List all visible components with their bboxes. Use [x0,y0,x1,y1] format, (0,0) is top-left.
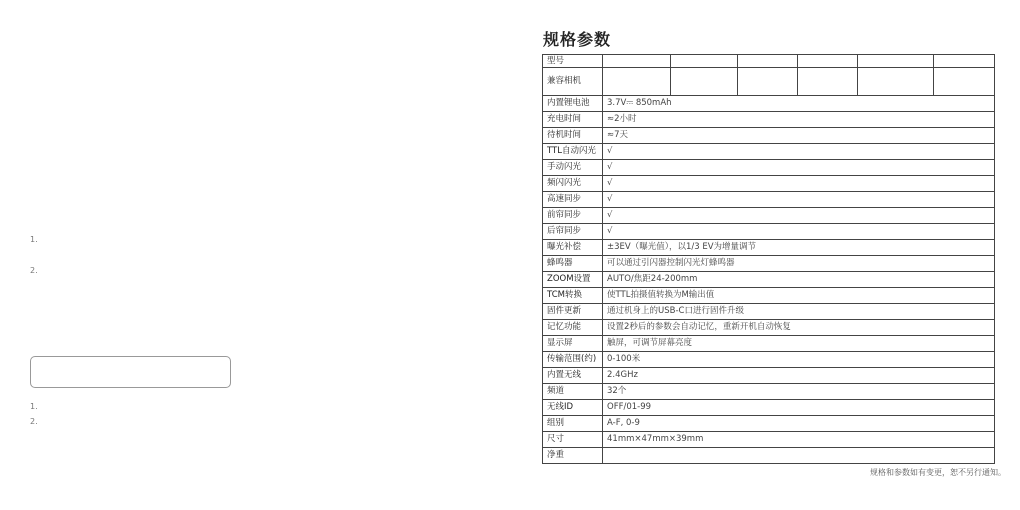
table-row: 组别A-F, 0-9 [543,416,995,432]
model-cell [934,55,995,68]
spec-label: 传输范围(约) [543,352,603,368]
list-number: 2. [30,417,38,426]
row-label: 兼容相机 [543,68,603,96]
table-row: 频闪闪光√ [543,176,995,192]
spec-table: 型号 兼容相机 内置锂电池3.7V⎓ 850mAh充电时间≈2小时待机时间≈7天… [542,54,995,464]
spec-label: 高速同步 [543,192,603,208]
spec-value: √ [603,192,995,208]
compat-cell [671,68,738,96]
spec-value: √ [603,208,995,224]
spec-value: 可以通过引闪器控制闪光灯蜂鸣器 [603,256,995,272]
spec-value: √ [603,160,995,176]
spec-value: ±3EV（曝光值），以1/3 EV为增量调节 [603,240,995,256]
table-row: 待机时间≈7天 [543,128,995,144]
model-cell [738,55,798,68]
spec-value: 通过机身上的USB-C口进行固件升级 [603,304,995,320]
spec-label: TTL自动闪光 [543,144,603,160]
table-row: 后帘同步√ [543,224,995,240]
table-row: 显示屏触屏，可调节屏幕亮度 [543,336,995,352]
table-row: 蜂鸣器可以通过引闪器控制闪光灯蜂鸣器 [543,256,995,272]
table-row: 前帘同步√ [543,208,995,224]
spec-value: 41mm×47mm×39mm [603,432,995,448]
spec-value: 0-100米 [603,352,995,368]
spec-value: 32个 [603,384,995,400]
spec-value: 使TTL拍摄值转换为M输出值 [603,288,995,304]
list-number: 1. [30,402,38,411]
model-cell [858,55,934,68]
row-label: 型号 [543,55,603,68]
spec-value: 触屏，可调节屏幕亮度 [603,336,995,352]
spec-label: 内置锂电池 [543,96,603,112]
spec-value: 2.4GHz [603,368,995,384]
spec-label: 蜂鸣器 [543,256,603,272]
spec-value: A-F, 0-9 [603,416,995,432]
spec-label: 频闪闪光 [543,176,603,192]
model-cell [798,55,858,68]
table-row-compat: 兼容相机 [543,68,995,96]
spec-label: 前帘同步 [543,208,603,224]
table-row: 记忆功能设置2秒后的参数会自动记忆，重新开机自动恢复 [543,320,995,336]
spec-label: TCM转换 [543,288,603,304]
table-row: 固件更新通过机身上的USB-C口进行固件升级 [543,304,995,320]
table-row: 手动闪光√ [543,160,995,176]
spec-label: 频道 [543,384,603,400]
list-number: 1. [30,235,38,244]
disclaimer-footnote: 规格和参数如有变更，恕不另行通知。 [870,467,1006,478]
left-page: 1. 2. 1. 2. [0,0,510,510]
model-cell [671,55,738,68]
spec-label: 充电时间 [543,112,603,128]
right-page: 规格参数 型号 兼容相机 内置锂电池3.7V⎓ 850mAh充电时间≈2小时待机… [510,0,1020,510]
spec-label: 组别 [543,416,603,432]
compat-cell [798,68,858,96]
table-row: TCM转换使TTL拍摄值转换为M输出值 [543,288,995,304]
spec-value [603,448,995,464]
spec-value: ≈2小时 [603,112,995,128]
spec-label: 固件更新 [543,304,603,320]
spec-value: 3.7V⎓ 850mAh [603,96,995,112]
spec-label: 内置无线 [543,368,603,384]
spec-value: √ [603,224,995,240]
spec-value: 设置2秒后的参数会自动记忆，重新开机自动恢复 [603,320,995,336]
compat-cell [934,68,995,96]
spec-value: AUTO/焦距24-200mm [603,272,995,288]
table-row-model: 型号 [543,55,995,68]
spec-label: 后帘同步 [543,224,603,240]
spec-value: ≈7天 [603,128,995,144]
spec-label: 尺寸 [543,432,603,448]
compat-cell [738,68,798,96]
table-row: 尺寸41mm×47mm×39mm [543,432,995,448]
model-cell [603,55,671,68]
table-row: 高速同步√ [543,192,995,208]
spec-label: 无线ID [543,400,603,416]
spec-label: 净重 [543,448,603,464]
list-number: 2. [30,266,38,275]
spec-label: 曝光补偿 [543,240,603,256]
compat-cell [858,68,934,96]
compat-cell [603,68,671,96]
spec-label: 待机时间 [543,128,603,144]
spec-label: ZOOM设置 [543,272,603,288]
table-row: 频道32个 [543,384,995,400]
table-row: ZOOM设置AUTO/焦距24-200mm [543,272,995,288]
spec-value: OFF/01-99 [603,400,995,416]
table-row: 内置锂电池3.7V⎓ 850mAh [543,96,995,112]
table-row: 内置无线2.4GHz [543,368,995,384]
table-row: TTL自动闪光√ [543,144,995,160]
table-row: 传输范围(约)0-100米 [543,352,995,368]
spec-value: √ [603,144,995,160]
spec-label: 记忆功能 [543,320,603,336]
note-box [30,356,231,388]
table-row: 充电时间≈2小时 [543,112,995,128]
page-title: 规格参数 [543,27,611,50]
spec-label: 手动闪光 [543,160,603,176]
table-row: 曝光补偿±3EV（曝光值），以1/3 EV为增量调节 [543,240,995,256]
table-row: 净重 [543,448,995,464]
spec-value: √ [603,176,995,192]
spec-label: 显示屏 [543,336,603,352]
table-row: 无线IDOFF/01-99 [543,400,995,416]
